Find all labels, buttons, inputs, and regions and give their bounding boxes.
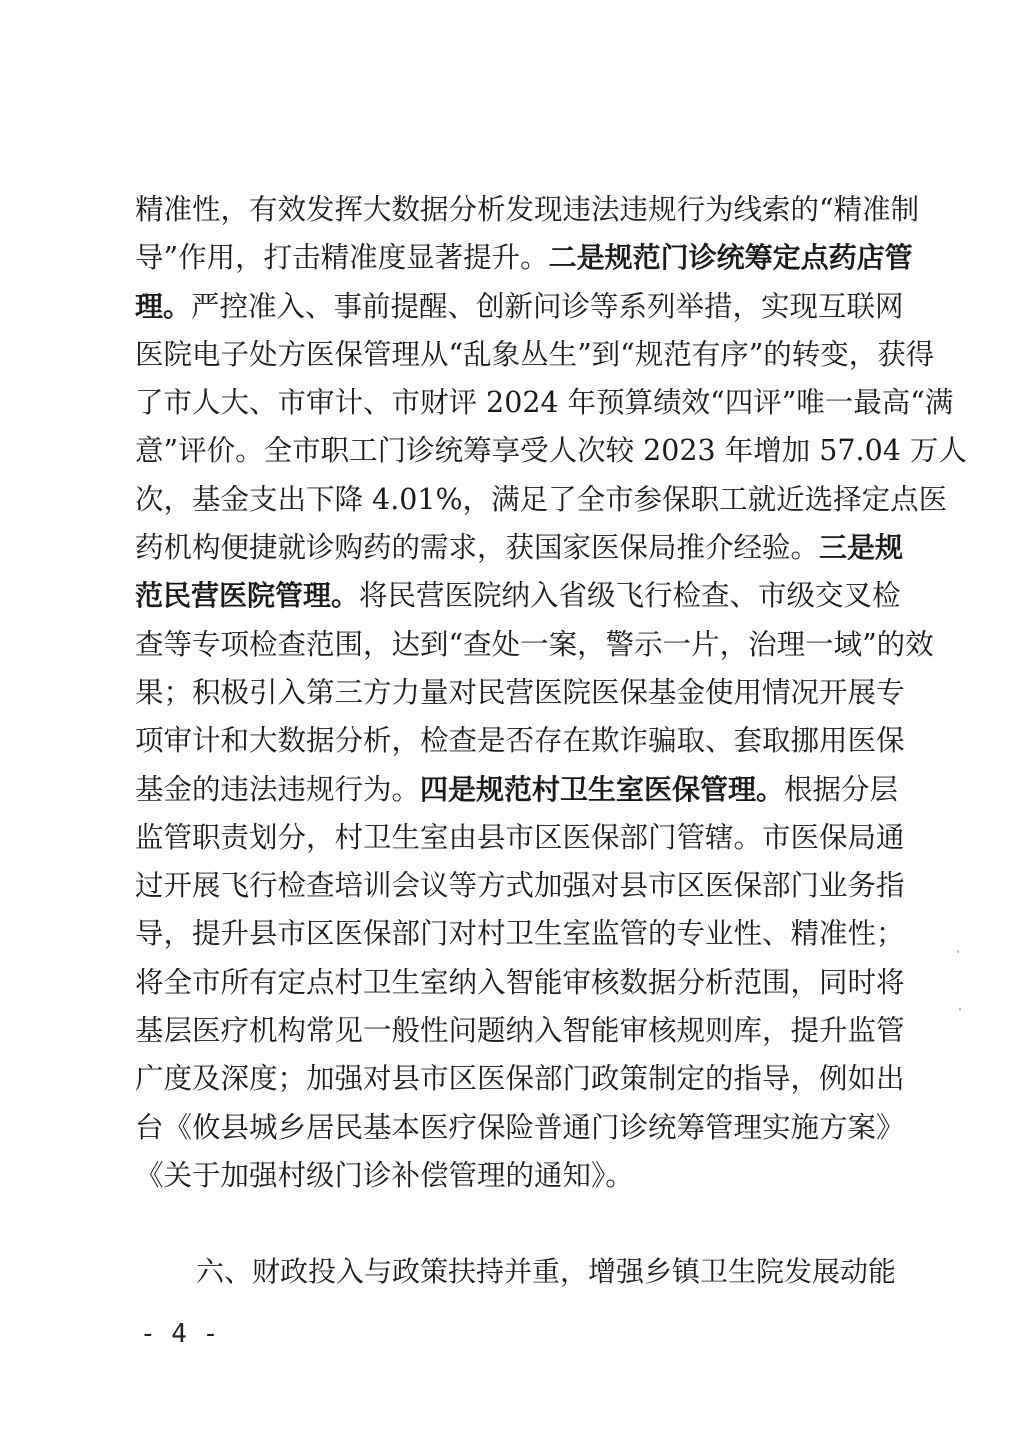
text-segment: 查等专项检查范围，达到“查处一案，警示一片，治理一域”的效 [135, 628, 934, 661]
text-line: 导”作用，打击精准度显著提升。二是规范门诊统筹定点药店管 [135, 234, 887, 282]
text-line: 果；积极引入第三方力量对民营医院医保基金使用情况开展专 [135, 669, 887, 717]
scan-speck [959, 1008, 961, 1011]
text-segment: 《关于加强村级门诊补偿管理的通知》。 [135, 1159, 634, 1192]
text-line: 次，基金支出下降 4.01%，满足了全市参保职工就近选择定点医 [135, 476, 887, 524]
text-segment: 监管职责划分，村卫生室由县市区医保部门管辖。市医保局通 [135, 821, 905, 854]
text-line: 广度及深度；加强对县市区医保部门政策制定的指导，例如出 [135, 1055, 887, 1103]
text-segment: 导，提升县市区医保部门对村卫生室监管的专业性、精准性； [135, 917, 905, 950]
text-line: 理。严控准入、事前提醒、创新问诊等系列举措，实现互联网 [135, 283, 887, 331]
bold-lead-phrase: 范民营医院管理。 [135, 579, 359, 612]
text-line: 查等专项检查范围，达到“查处一案，警示一片，治理一域”的效 [135, 621, 887, 669]
text-segment: 基层医疗机构常见一般性问题纳入智能审核规则库，提升监管 [135, 1014, 905, 1047]
text-line: 精准性，有效发挥大数据分析发现违法违规行为线索的“精准制 [135, 186, 887, 234]
text-line: 范民营医院管理。将民营医院纳入省级飞行检查、市级交叉检 [135, 572, 887, 620]
text-segment: 医院电子处方医保管理从“乱象丛生”到“规范有序”的转变，获得 [135, 338, 934, 371]
text-segment: 精准性，有效发挥大数据分析发现违法违规行为线索的“精准制 [135, 193, 919, 226]
text-line: 导，提升县市区医保部门对村卫生室监管的专业性、精准性； [135, 910, 887, 958]
scan-speck [957, 950, 959, 953]
bold-lead-phrase: 四是规范村卫生室医保管理。 [420, 773, 784, 806]
text-line: 基层医疗机构常见一般性问题纳入智能审核规则库，提升监管 [135, 1007, 887, 1055]
text-line: 监管职责划分，村卫生室由县市区医保部门管辖。市医保局通 [135, 814, 887, 862]
text-line: 《关于加强村级门诊补偿管理的通知》。 [135, 1152, 887, 1200]
page-number: - 4 - [140, 1318, 218, 1350]
text-line: 项审计和大数据分析，检查是否存在欺诈骗取、套取挪用医保 [135, 717, 887, 765]
text-line: 将全市所有定点村卫生室纳入智能审核数据分析范围，同时将 [135, 959, 887, 1007]
text-line: 台《攸县城乡居民基本医疗保险普通门诊统筹管理实施方案》 [135, 1104, 887, 1152]
text-segment: 过开展飞行检查培训会议等方式加强对县市区医保部门业务指 [135, 869, 905, 902]
bold-lead-phrase: 三是规 [819, 531, 903, 564]
text-line: 意”评价。全市职工门诊统筹享受人次较 2023 年增加 57.04 万人 [135, 427, 887, 475]
text-segment: 根据分层 [784, 773, 898, 806]
text-segment: 台《攸县城乡居民基本医疗保险普通门诊统筹管理实施方案》 [135, 1111, 905, 1144]
text-segment: 严控准入、事前提醒、创新问诊等系列举措，实现互联网 [191, 290, 904, 323]
text-segment: 了市人大、市审计、市财评 2024 年预算绩效“四评”唯一最高“满 [135, 386, 953, 419]
bold-lead-phrase: 二是规范门诊统筹定点药店管 [549, 241, 913, 274]
text-segment: 次，基金支出下降 4.01%，满足了全市参保职工就近选择定点医 [135, 483, 947, 516]
text-segment: 将全市所有定点村卫生室纳入智能审核数据分析范围，同时将 [135, 966, 905, 999]
bold-lead-phrase: 理。 [135, 290, 191, 323]
text-segment: 果；积极引入第三方力量对民营医院医保基金使用情况开展专 [135, 676, 905, 709]
text-segment: 项审计和大数据分析，检查是否存在欺诈骗取、套取挪用医保 [135, 724, 905, 757]
text-segment: 导”作用，打击精准度显著提升。 [135, 241, 549, 274]
body-paragraph: 精准性，有效发挥大数据分析发现违法违规行为线索的“精准制导”作用，打击精准度显著… [135, 186, 887, 1200]
text-segment: 基金的违法违规行为。 [135, 773, 420, 806]
text-line: 医院电子处方医保管理从“乱象丛生”到“规范有序”的转变，获得 [135, 331, 887, 379]
text-line: 了市人大、市审计、市财评 2024 年预算绩效“四评”唯一最高“满 [135, 379, 887, 427]
section-heading: 六、财政投入与政策扶持并重，增强乡镇卫生院发展动能 [196, 1248, 886, 1296]
text-line: 基金的违法违规行为。四是规范村卫生室医保管理。根据分层 [135, 766, 887, 814]
document-page: 精准性，有效发挥大数据分析发现违法违规行为线索的“精准制导”作用，打击精准度显著… [0, 0, 1024, 1447]
text-line: 药机构便捷就诊购药的需求，获国家医保局推介经验。三是规 [135, 524, 887, 572]
text-segment: 意”评价。全市职工门诊统筹享受人次较 2023 年增加 57.04 万人 [135, 434, 967, 467]
text-segment: 将民营医院纳入省级飞行检查、市级交叉检 [359, 579, 901, 612]
text-segment: 广度及深度；加强对县市区医保部门政策制定的指导，例如出 [135, 1062, 905, 1095]
text-segment: 药机构便捷就诊购药的需求，获国家医保局推介经验。 [135, 531, 819, 564]
text-line: 过开展飞行检查培训会议等方式加强对县市区医保部门业务指 [135, 862, 887, 910]
